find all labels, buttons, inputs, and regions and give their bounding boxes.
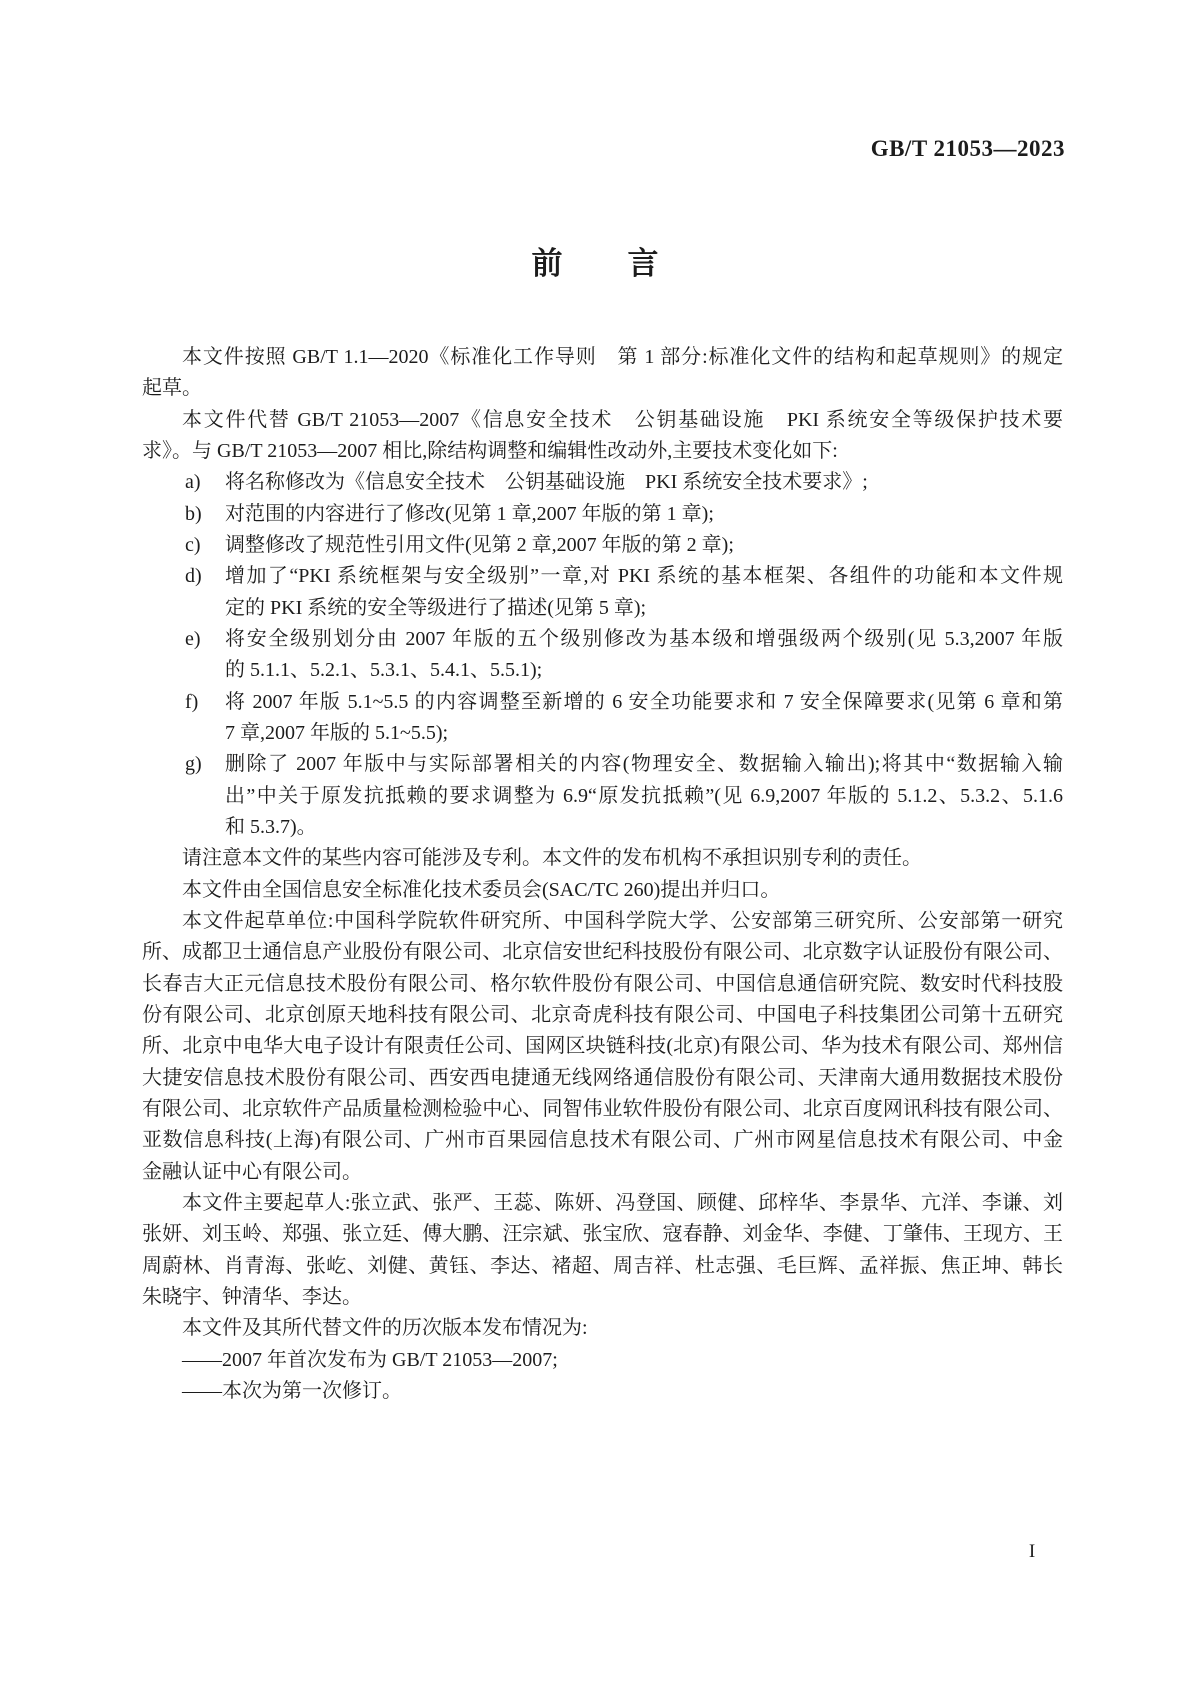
text-line: 调整修改了规范性引用文件(见第 2 章,2007 年版的第 2 章); (225, 530, 1063, 561)
text-line: 的 5.1.1、5.2.1、5.3.1、5.4.1、5.5.1); (225, 655, 1063, 686)
standard-number: GB/T 21053—2023 (871, 136, 1065, 162)
list-item-marker: d) (185, 561, 202, 592)
text-line: 7 章,2007 年版的 5.1~5.5); (225, 718, 1063, 749)
text-line: 所、成都卫士通信息产业股份有限公司、北京信安世纪科技股份有限公司、北京数字认证股… (142, 937, 1063, 968)
text-line: 亚数信息科技(上海)有限公司、广州市百果园信息技术有限公司、广州市网星信息技术有… (142, 1125, 1063, 1156)
text-line: 本文件代替 GB/T 21053—2007《信息安全技术 公钥基础设施 PKI … (142, 405, 1063, 436)
text-line: 大捷安信息技术股份有限公司、西安西电捷通无线网络通信股份有限公司、天津南大通用数… (142, 1063, 1063, 1094)
list-item-marker: e) (185, 624, 201, 655)
text-line: 将安全级别划分由 2007 年版的五个级别修改为基本级和增强级两个级别(见 5.… (225, 624, 1063, 655)
list-item-marker: a) (185, 467, 201, 498)
foreword-body: 本文件按照 GB/T 1.1—2020《标准化工作导则 第 1 部分:标准化文件… (142, 342, 1063, 1407)
text-line: 本文件起草单位:中国科学院软件研究所、中国科学院大学、公安部第三研究所、公安部第… (142, 906, 1063, 937)
text-line: 将名称修改为《信息安全技术 公钥基础设施 PKI 系统安全技术要求》; (225, 467, 1063, 498)
text-line: 本文件按照 GB/T 1.1—2020《标准化工作导则 第 1 部分:标准化文件… (142, 342, 1063, 373)
paragraph: 本文件起草单位:中国科学院软件研究所、中国科学院大学、公安部第三研究所、公安部第… (142, 906, 1063, 1188)
text-line: 份有限公司、北京创原天地科技有限公司、北京奇虎科技有限公司、中国电子科技集团公司… (142, 1000, 1063, 1031)
text-line: ——本次为第一次修订。 (142, 1376, 1063, 1407)
text-line: 金融认证中心有限公司。 (142, 1157, 1063, 1188)
list-item-marker: c) (185, 530, 201, 561)
list-item-marker: g) (185, 749, 202, 780)
document-title: 前 言 (0, 238, 1191, 283)
text-line: 本文件由全国信息安全标准化技术委员会(SAC/TC 260)提出并归口。 (142, 875, 1063, 906)
paragraph: ——2007 年首次发布为 GB/T 21053—2007; (142, 1345, 1063, 1376)
text-line: 求》。与 GB/T 21053—2007 相比,除结构调整和编辑性改动外,主要技… (142, 436, 1063, 467)
paragraph: 本文件由全国信息安全标准化技术委员会(SAC/TC 260)提出并归口。 (142, 875, 1063, 906)
paragraph: 本文件主要起草人:张立武、张严、王蕊、陈妍、冯登国、顾健、邱梓华、李景华、亢洋、… (142, 1188, 1063, 1313)
text-line: 对范围的内容进行了修改(见第 1 章,2007 年版的第 1 章); (225, 499, 1063, 530)
paragraph: ——本次为第一次修订。 (142, 1376, 1063, 1407)
list-item-marker: b) (185, 499, 202, 530)
text-line: 请注意本文件的某些内容可能涉及专利。本文件的发布机构不承担识别专利的责任。 (142, 843, 1063, 874)
list-item: c)调整修改了规范性引用文件(见第 2 章,2007 年版的第 2 章); (142, 530, 1063, 561)
list-item: d)增加了“PKI 系统框架与安全级别”一章,对 PKI 系统的基本框架、各组件… (142, 561, 1063, 624)
text-line: 增加了“PKI 系统框架与安全级别”一章,对 PKI 系统的基本框架、各组件的功… (225, 561, 1063, 592)
list-item: b)对范围的内容进行了修改(见第 1 章,2007 年版的第 1 章); (142, 499, 1063, 530)
document-page: GB/T 21053—2023 前 言 本文件按照 GB/T 1.1—2020《… (0, 0, 1191, 1684)
text-line: ——2007 年首次发布为 GB/T 21053—2007; (142, 1345, 1063, 1376)
text-line: 删除了 2007 年版中与实际部署相关的内容(物理安全、数据输入输出);将其中“… (225, 749, 1063, 780)
paragraph: 请注意本文件的某些内容可能涉及专利。本文件的发布机构不承担识别专利的责任。 (142, 843, 1063, 874)
text-line: 本文件及其所代替文件的历次版本发布情况为: (142, 1313, 1063, 1344)
list-item: f)将 2007 年版 5.1~5.5 的内容调整至新增的 6 安全功能要求和 … (142, 687, 1063, 750)
text-line: 起草。 (142, 373, 1063, 404)
paragraph: 本文件按照 GB/T 1.1—2020《标准化工作导则 第 1 部分:标准化文件… (142, 342, 1063, 405)
text-line: 长春吉大正元信息技术股份有限公司、格尔软件股份有限公司、中国信息通信研究院、数安… (142, 969, 1063, 1000)
paragraph: 本文件及其所代替文件的历次版本发布情况为: (142, 1313, 1063, 1344)
page-number: I (1018, 1541, 1046, 1563)
text-line: 出”中关于原发抗抵赖的要求调整为 6.9“原发抗抵赖”(见 6.9,2007 年… (225, 781, 1063, 812)
text-line: 朱晓宇、钟清华、李达。 (142, 1282, 1063, 1313)
list-item: e)将安全级别划分由 2007 年版的五个级别修改为基本级和增强级两个级别(见 … (142, 624, 1063, 687)
paragraph: 本文件代替 GB/T 21053—2007《信息安全技术 公钥基础设施 PKI … (142, 405, 1063, 468)
text-line: 所、北京中电华大电子设计有限责任公司、国网区块链科技(北京)有限公司、华为技术有… (142, 1031, 1063, 1062)
text-line: 有限公司、北京软件产品质量检测检验中心、同智伟业软件股份有限公司、北京百度网讯科… (142, 1094, 1063, 1125)
text-line: 张妍、刘玉岭、郑强、张立廷、傅大鹏、汪宗斌、张宝欣、寇春静、刘金华、李健、丁肇伟… (142, 1219, 1063, 1250)
text-line: 周蔚林、肖青海、张屹、刘健、黄钰、李达、褚超、周吉祥、杜志强、毛巨辉、孟祥振、焦… (142, 1251, 1063, 1282)
text-line: 定的 PKI 系统的安全等级进行了描述(见第 5 章); (225, 593, 1063, 624)
list-item: g)删除了 2007 年版中与实际部署相关的内容(物理安全、数据输入输出);将其… (142, 749, 1063, 843)
text-line: 本文件主要起草人:张立武、张严、王蕊、陈妍、冯登国、顾健、邱梓华、李景华、亢洋、… (142, 1188, 1063, 1219)
list-item-marker: f) (185, 687, 198, 718)
text-line: 将 2007 年版 5.1~5.5 的内容调整至新增的 6 安全功能要求和 7 … (225, 687, 1063, 718)
list-item: a)将名称修改为《信息安全技术 公钥基础设施 PKI 系统安全技术要求》; (142, 467, 1063, 498)
text-line: 和 5.3.7)。 (225, 812, 1063, 843)
